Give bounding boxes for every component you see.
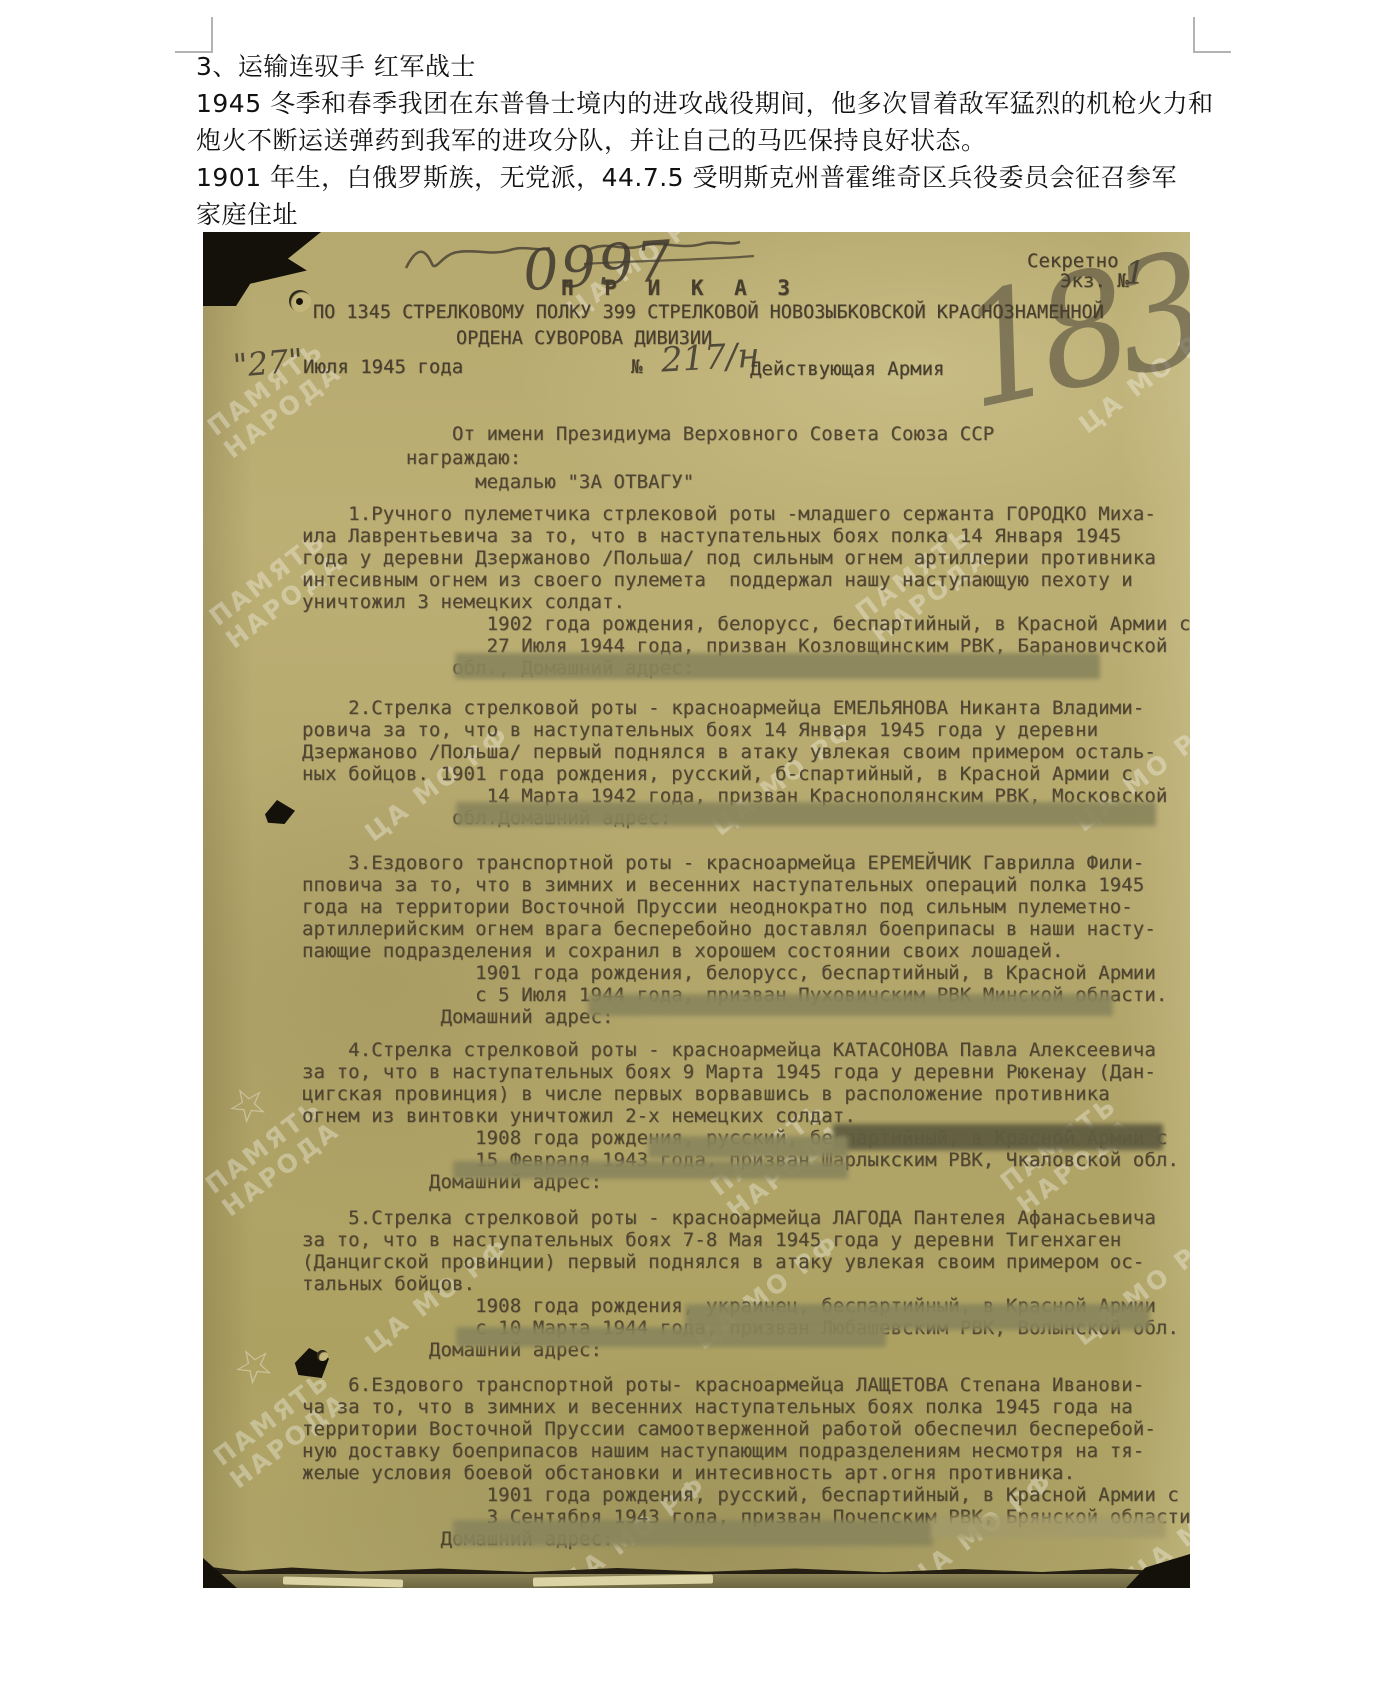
page-bottom-tear: [203, 1564, 1190, 1574]
redacted-address: [456, 1327, 886, 1347]
hole-punch-dot: [296, 298, 303, 305]
redacted-address: [588, 994, 1113, 1016]
order-title: П Р И К А З: [561, 276, 799, 300]
handwritten-order-number: 217/н: [660, 335, 761, 380]
page: 3、运输连驭手 红军战士 1945 冬季和春季我团在东普鲁士境内的进攻战役期间，…: [0, 0, 1400, 1681]
watermark-star-icon: ☆: [222, 1331, 285, 1398]
redacted-address: [453, 1161, 848, 1179]
annotation-line: 1901 年生，白俄罗斯族，无党派，44.7.5 受明斯克州普霍维奇区兵役委员会…: [196, 159, 1206, 196]
annotation-line: 炮火不断运送弹药到我军的进攻分队，并让自己的马匹保持良好状态。: [196, 122, 1206, 159]
redacted-address: [455, 653, 1100, 679]
annotation-line: 家庭住址: [196, 196, 1206, 233]
handwritten-sheet-number: 183: [945, 232, 1190, 444]
redacted-address: [453, 1520, 933, 1546]
award-preamble: От имени Президиума Верховного Совета Со…: [302, 422, 994, 494]
redacted-address: [648, 1136, 848, 1158]
army-label: Действующая Армия: [750, 358, 944, 380]
handwritten-day: "27": [231, 341, 304, 385]
annotation-line: 1945 冬季和春季我团在东普鲁士境内的进攻战役期间，他多次冒着敌军猛烈的机枪火…: [196, 85, 1206, 122]
redacted-address: [456, 802, 1156, 826]
redacted-address: [931, 1516, 1166, 1538]
order-number-sign: №: [631, 356, 642, 378]
annotation-heading: 3、运输连驭手 红军战士: [196, 48, 1206, 85]
chinese-annotation: 3、运输连驭手 红军战士 1945 冬季和春季我团在东普鲁士境内的进攻战役期间，…: [196, 48, 1206, 233]
redacted-address: [833, 1124, 1163, 1150]
scanned-order-document: ПАМЯТЬ НАРОДА ПАМЯТЬ НАРОДА ЦА МО РФ ЦА …: [203, 232, 1190, 1588]
order-subtitle-regiment: ПО 1345 СТРЕЛКОВОМУ ПОЛКУ 399 СТРЕЛКОВОЙ…: [313, 302, 1104, 323]
ink-blot: [265, 800, 295, 824]
date-month-year: Июля 1945 года: [303, 356, 463, 378]
